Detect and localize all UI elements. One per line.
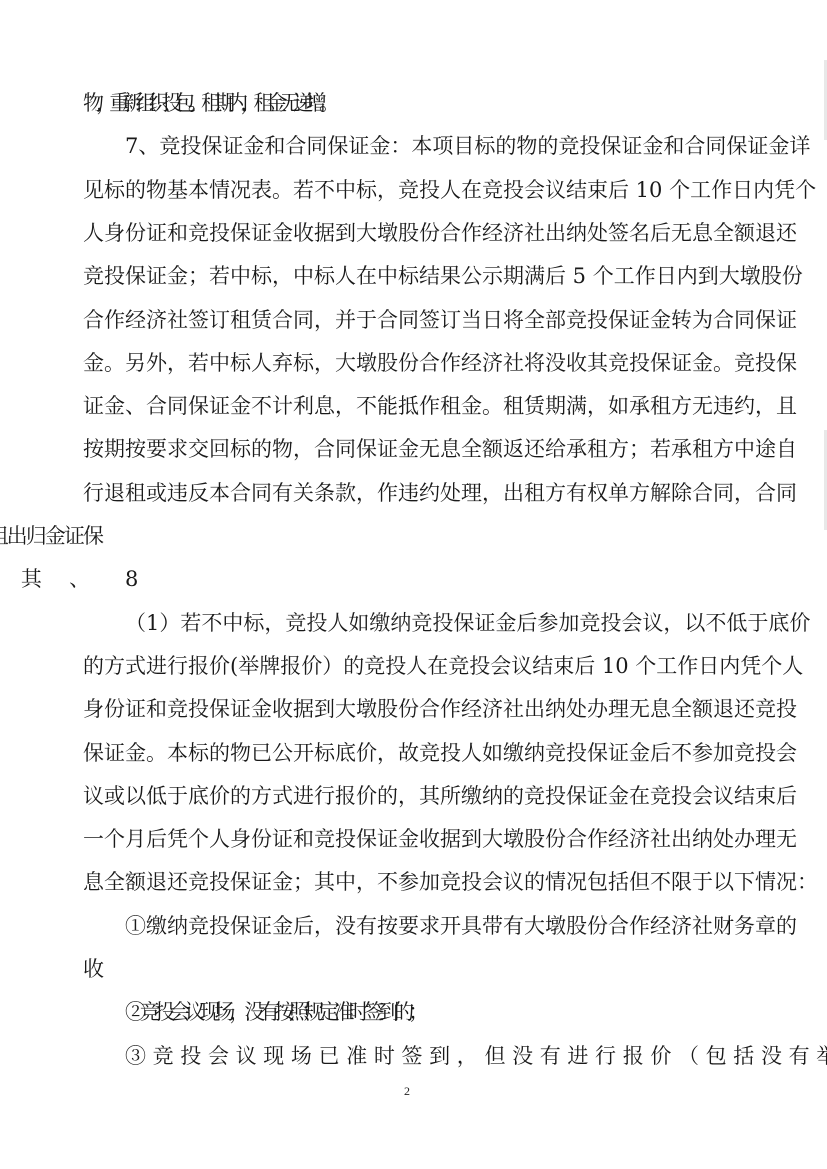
paragraph-line: 人身份证和竞投保证金收据到大墩股份合作经济社出纳处签名后无息全额退还 (83, 218, 752, 248)
paragraph-line: 合作经济社签订租赁合同，并于合同签订当日将全部竞投保证金转为合同保证 (83, 305, 752, 335)
paragraph-line: 保证金。本标的物已公开标底价，故竞投人如缴纳竞投保证金后不参加竞投会 (83, 738, 752, 768)
paragraph-line: （1）若不中标，竞投人如缴纳竞投保证金后参加竞投会议，以不低于底价 (125, 608, 752, 638)
paragraph-line: ①缴纳竞投保证金后，没有按要求开具带有大墩股份合作经济社财务章的 (125, 911, 752, 941)
paragraph-line: 7、竞投保证金和合同保证金：本项目标的物的竞投保证金和合同保证金详 (125, 131, 752, 161)
paragraph-line: 按期按要求交回标的物，合同保证金无息全额返还给承租方；若承租方中途自 (83, 434, 752, 464)
paragraph-line: ③竞投会议现场已准时签到，但没有进行报价（包括没有举牌报价）的。 (125, 1041, 805, 1071)
paragraph-line: 身份证和竞投保证金收据到大墩股份合作经济社出纳处办理无息全额退还竞投 (83, 694, 752, 724)
document-page: 物，重新组织投包。租期内，租金无递增。7、竞投保证金和合同保证金：本项目标的物的… (0, 0, 827, 1169)
paragraph-line: 金。另外，若中标人弃标，大墩股份合作经济社将没收其竞投保证金。竞投保 (83, 348, 752, 378)
paragraph-line: 行退租或违反本合同有关条款，作违约处理，出租方有权单方解除合同，合同 (83, 478, 752, 508)
paragraph-line: 议或以低于底价的方式进行报价的，其所缴纳的竞投保证金在竞投会议结束后 (83, 781, 752, 811)
paragraph-line: 见标的物基本情况表。若不中标，竞投人在竞投会议结束后 10 个工作日内凭个 (83, 175, 752, 205)
paragraph-line: 物，重新组织投包。租期内，租金无递增。 (83, 88, 763, 118)
paragraph-line: 竞投保证金；若中标，中标人在中标结果公示期满后 5 个工作日内到大墩股份 (83, 261, 752, 291)
page-number: 2 (404, 1084, 410, 1099)
paragraph-line: 的方式进行报价(举牌报价）的竞投人在竞投会议结束后 10 个工作日内凭个人 (83, 651, 752, 681)
paragraph-line: 证金、合同保证金不计利息，不能抵作租金。租赁期满，如承租方无违约，且 (83, 391, 752, 421)
paragraph-line: 保证金归出租方所有。 (83, 521, 763, 551)
paragraph-line: 息全额退还竞投保证金；其中，不参加竞投会议的情况包括但不限于以下情况： (83, 867, 752, 897)
paragraph-line: ②竞投会议现场，没有按照规定准时签到的； (125, 997, 805, 1027)
paragraph-line: 一个月后凭个人身份证和竞投保证金收据到大墩股份合作经济社出纳处办理无 (83, 824, 752, 854)
paragraph-line: 8、其他约定： (125, 564, 805, 594)
paragraph-line: 收据； (83, 954, 763, 984)
